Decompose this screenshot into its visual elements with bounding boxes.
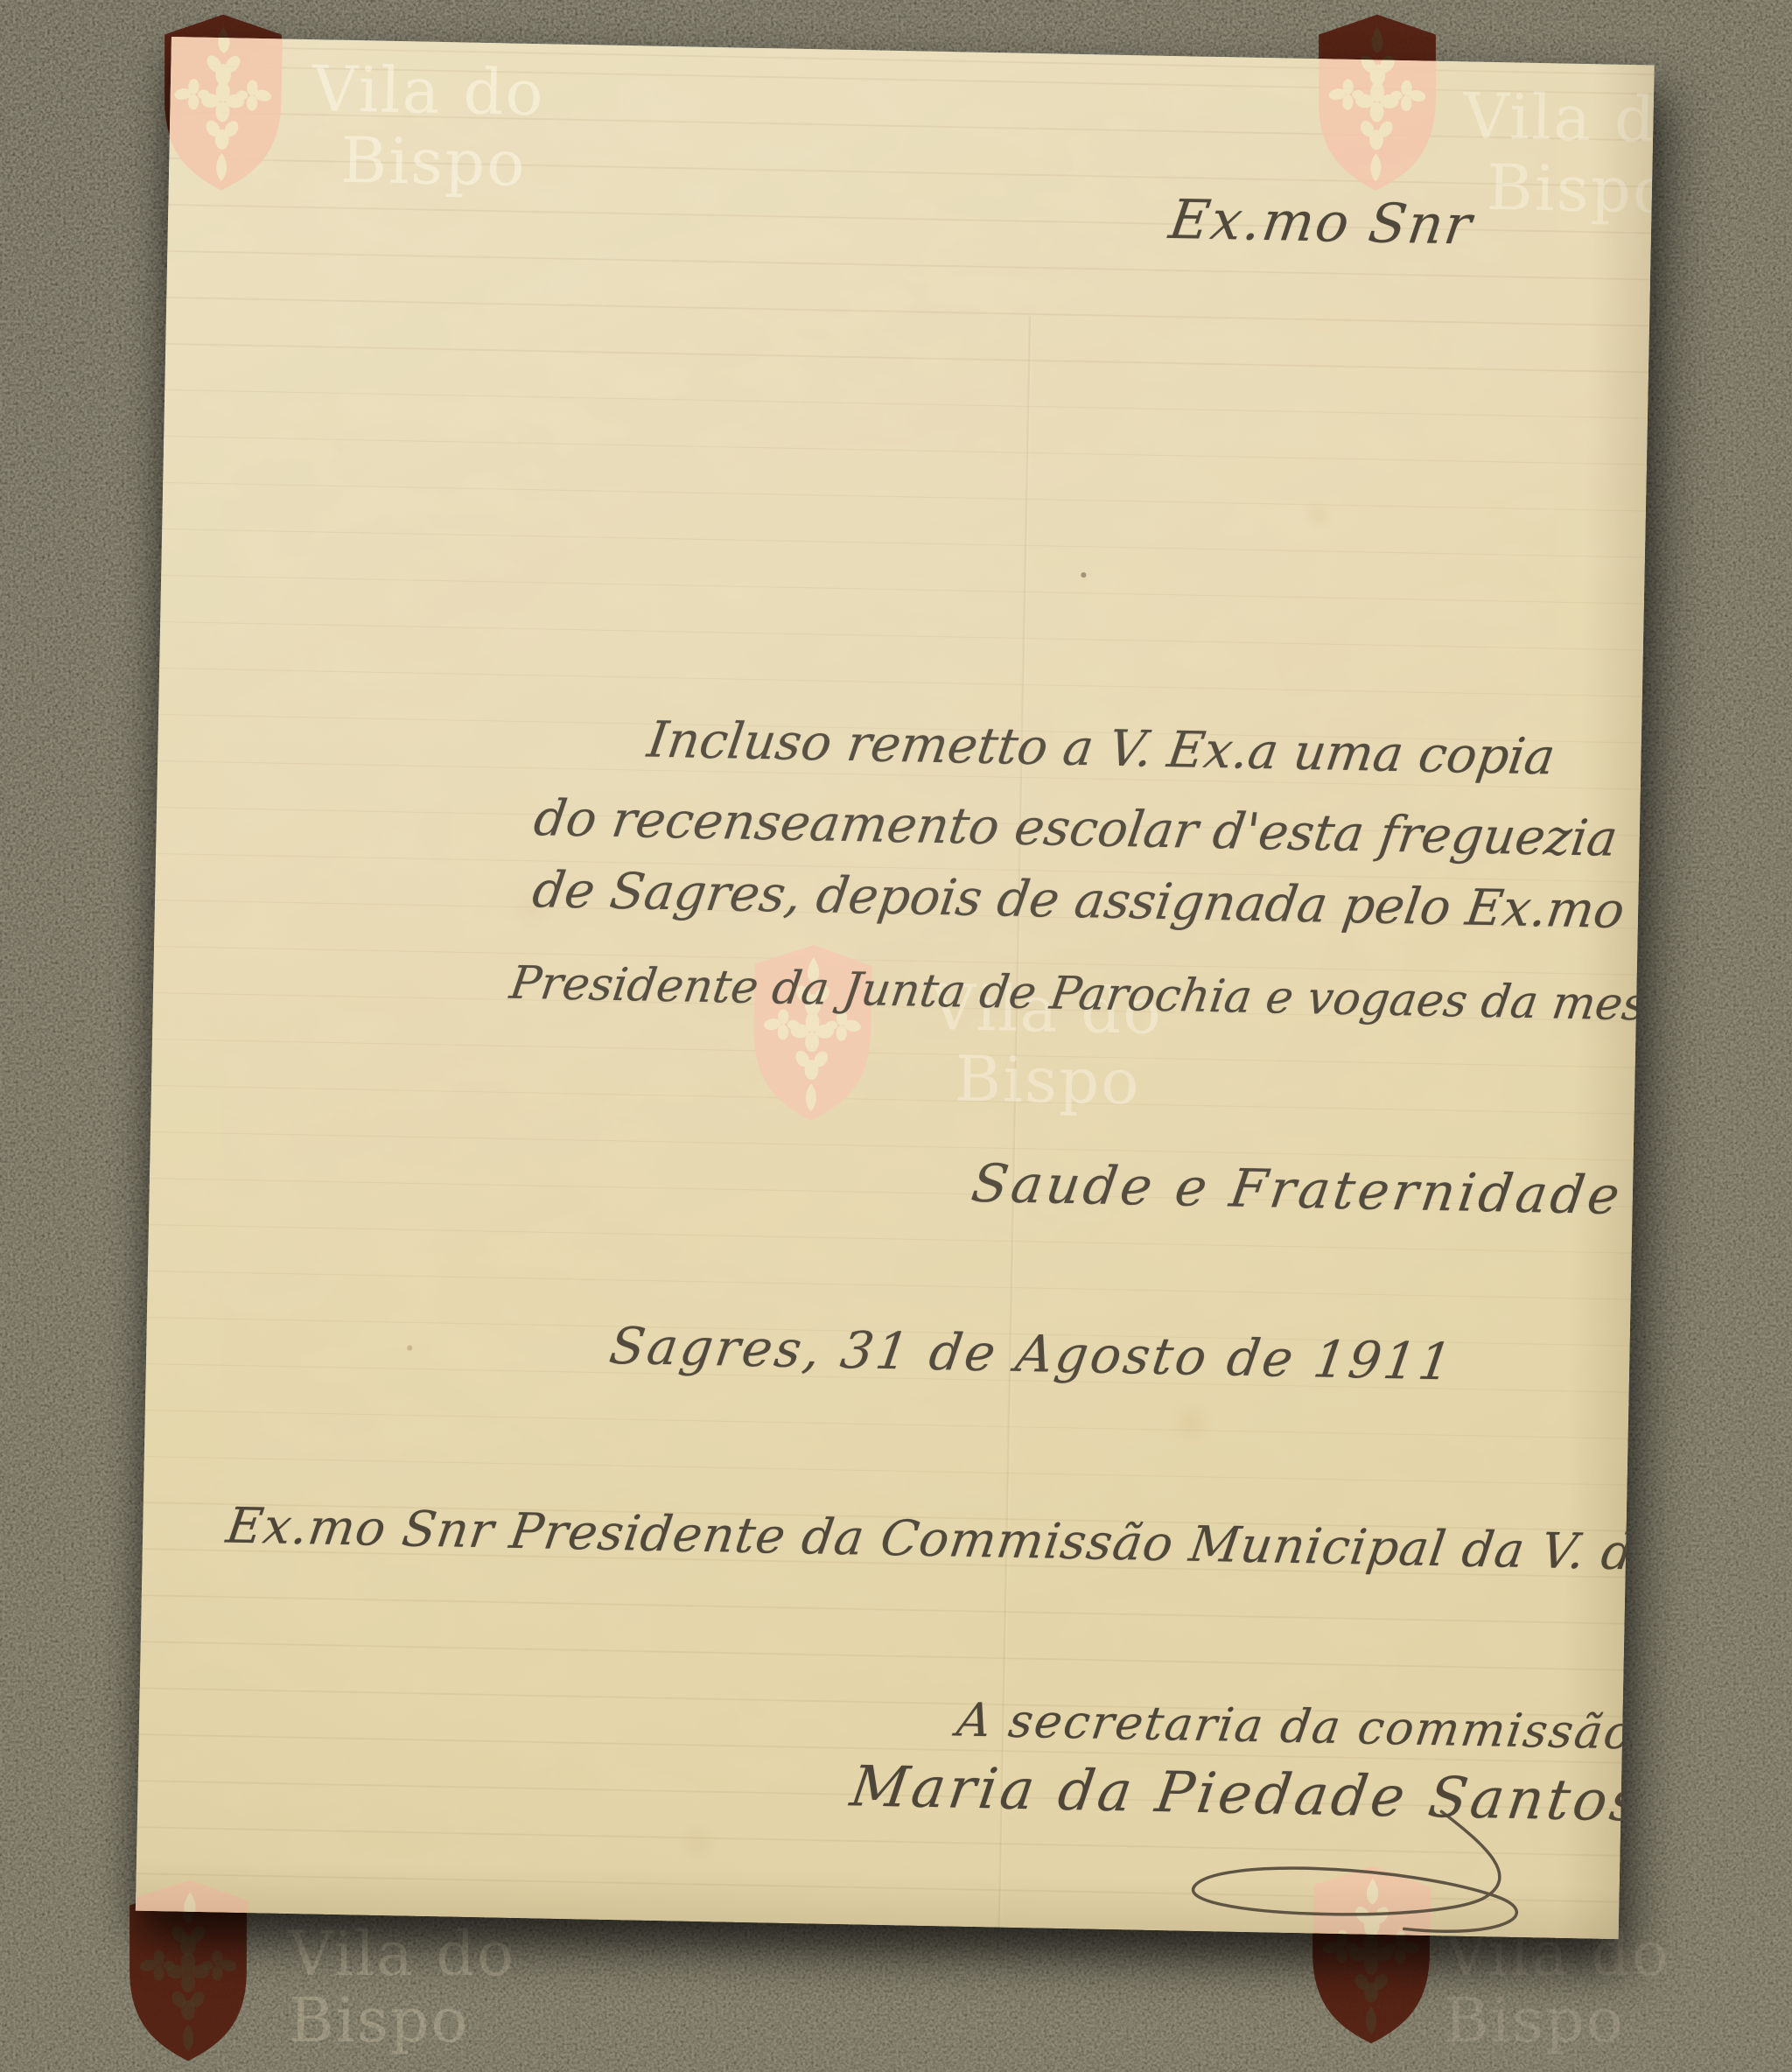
photo-backdrop: Vila doBispo Vila doBispo Vila doBispo V… <box>0 0 1792 2072</box>
signature-flourish <box>1027 1799 1599 1939</box>
paper-stains <box>171 37 173 38</box>
watermark-text: Vila doBispo <box>1444 1921 1670 2054</box>
watermark-text: Vila doBispo <box>311 53 546 199</box>
watermark-text: Vila doBispo <box>289 1921 515 2054</box>
letter-salutation: Ex.mo Snr <box>1165 187 1477 256</box>
letter-sheet: Vila doBispo Vila doBispo Vila doBispo E… <box>136 37 1655 1939</box>
letter-closing: Saude e Fraternidade <box>968 1153 1627 1227</box>
watermark-text: Vila doBispo <box>1461 80 1654 226</box>
